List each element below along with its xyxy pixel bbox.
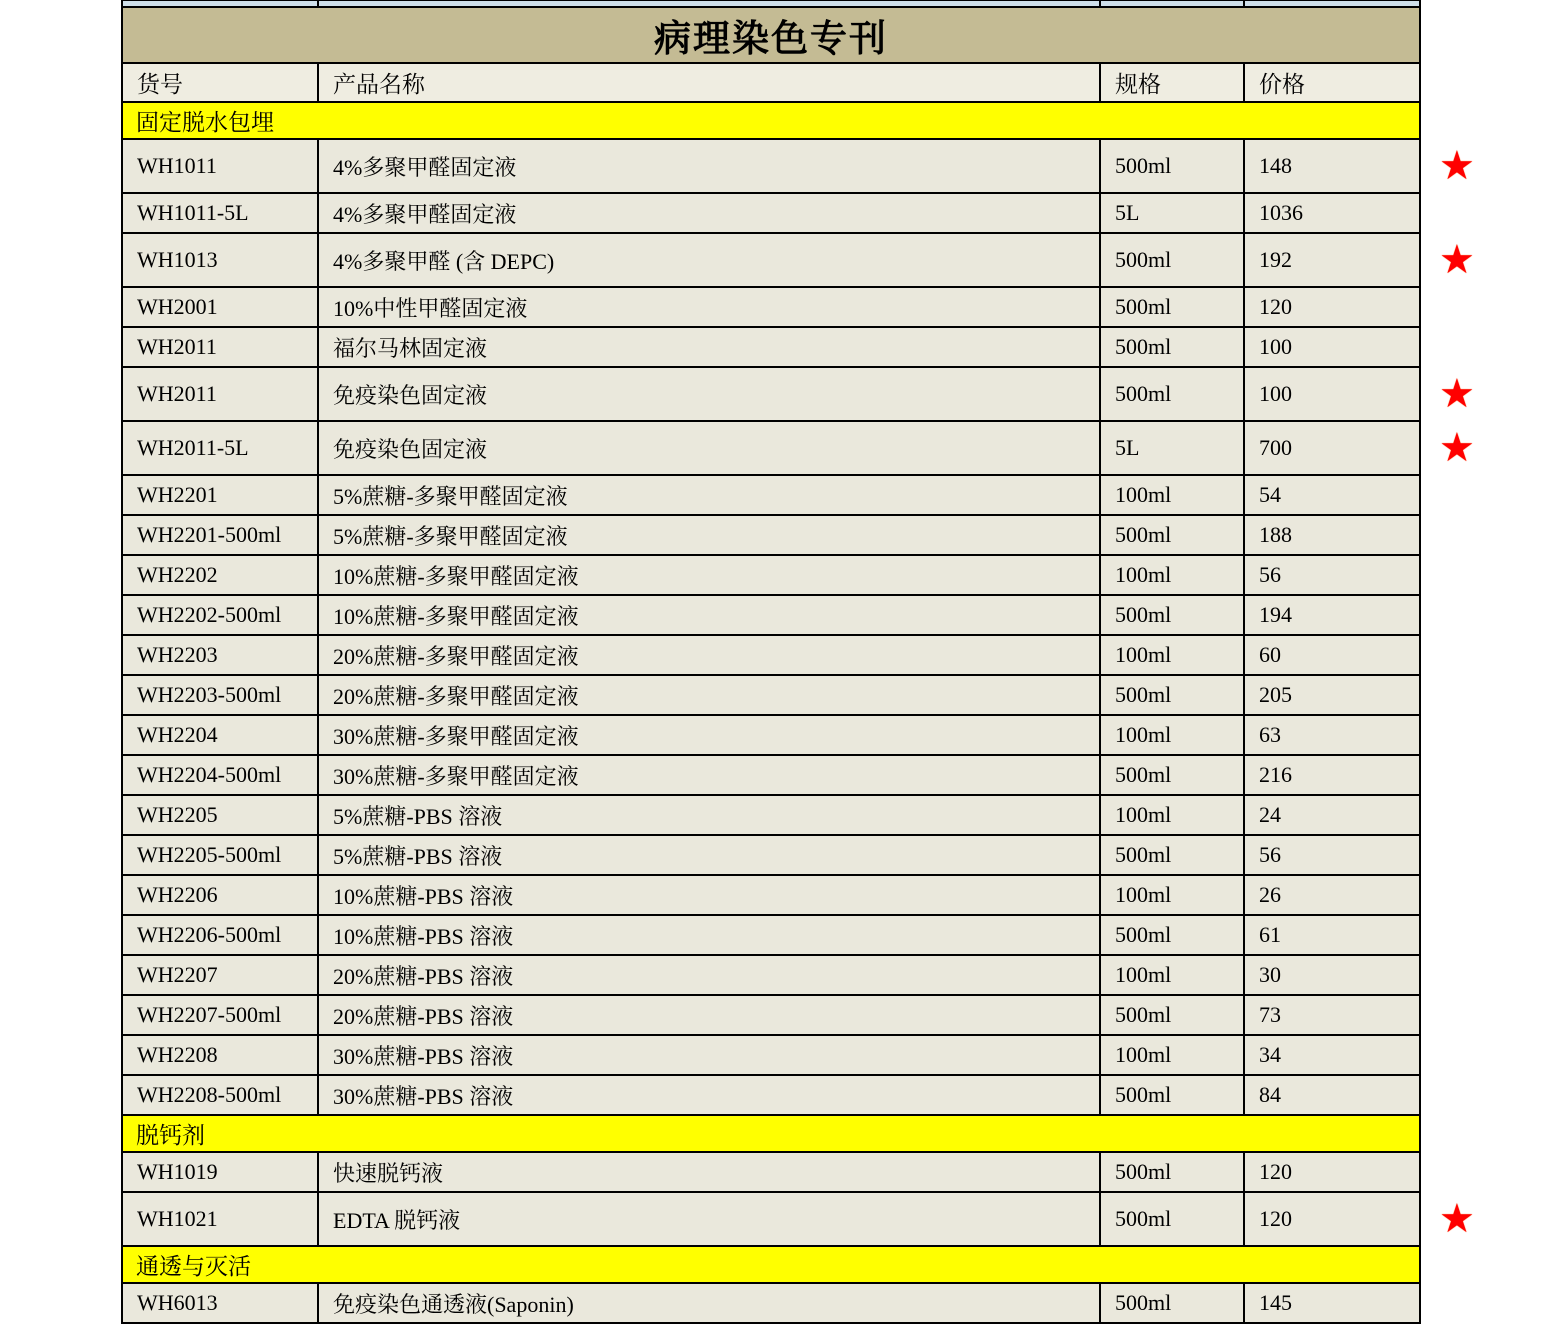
cell-price: 145 [1245,1284,1419,1322]
cell-price: 61 [1245,916,1419,954]
cell-name: 5%蔗糖-PBS 溶液 [319,796,1101,834]
star-icon: ★ [1439,374,1475,414]
cell-price: 100 [1245,368,1419,420]
price-table: 病理染色专刊 货号 产品名称 规格 价格 固定脱水包埋WH10114%多聚甲醛固… [121,0,1421,1324]
table-row: WH2011免疫染色固定液500ml100★ [123,368,1419,422]
table-row: WH2207-500ml20%蔗糖-PBS 溶液500ml73 [123,996,1419,1036]
cell-spec: 100ml [1101,796,1245,834]
cell-price: 1036 [1245,194,1419,232]
cell-price: 34 [1245,1036,1419,1074]
table-row: WH220720%蔗糖-PBS 溶液100ml30 [123,956,1419,996]
cell-name: EDTA 脱钙液 [319,1193,1101,1245]
cell-code: WH2201-500ml [123,516,319,554]
table-row: WH1021EDTA 脱钙液500ml120★ [123,1193,1419,1247]
cell-price: 24 [1245,796,1419,834]
cell-spec: 100ml [1101,556,1245,594]
cell-name: 免疫染色固定液 [319,422,1101,474]
cell-spec: 500ml [1101,996,1245,1034]
table-row: WH6013免疫染色通透液(Saponin)500ml145 [123,1284,1419,1324]
cell-price: 192 [1245,234,1419,286]
cell-code: WH1013 [123,234,319,286]
cell-code: WH2203 [123,636,319,674]
table-row: WH2203-500ml20%蔗糖-多聚甲醛固定液500ml205 [123,676,1419,716]
cell-name: 福尔马林固定液 [319,328,1101,366]
table-row: WH22015%蔗糖-多聚甲醛固定液100ml54 [123,476,1419,516]
table-row: WH220610%蔗糖-PBS 溶液100ml26 [123,876,1419,916]
cell-code: WH2201 [123,476,319,514]
section-header-label: 脱钙剂 [136,1117,205,1150]
cell-code: WH2205-500ml [123,836,319,874]
price-list-page: 病理染色专刊 货号 产品名称 规格 价格 固定脱水包埋WH10114%多聚甲醛固… [0,0,1562,1335]
cell-name: 4%多聚甲醛固定液 [319,140,1101,192]
top-strip-cell [1101,1,1245,6]
cell-code: WH2001 [123,288,319,326]
table-row: WH2204-500ml30%蔗糖-多聚甲醛固定液500ml216 [123,756,1419,796]
cell-code: WH6013 [123,1284,319,1322]
cell-price: 56 [1245,836,1419,874]
cell-price: 56 [1245,556,1419,594]
table-row: WH10134%多聚甲醛 (含 DEPC)500ml192★ [123,234,1419,288]
table-row: WH2201-500ml5%蔗糖-多聚甲醛固定液500ml188 [123,516,1419,556]
cell-spec: 100ml [1101,636,1245,674]
star-icon: ★ [1439,146,1475,186]
section-header-row: 脱钙剂 [123,1116,1419,1153]
top-strip-cell [319,1,1101,6]
cell-name: 快速脱钙液 [319,1153,1101,1191]
cell-price: 63 [1245,716,1419,754]
cell-code: WH1021 [123,1193,319,1245]
table-row: WH22055%蔗糖-PBS 溶液100ml24 [123,796,1419,836]
table-row: WH220830%蔗糖-PBS 溶液100ml34 [123,1036,1419,1076]
title-bar: 病理染色专刊 [123,8,1419,64]
cell-name: 10%蔗糖-PBS 溶液 [319,876,1101,914]
cell-code: WH2203-500ml [123,676,319,714]
cell-spec: 500ml [1101,1193,1245,1245]
cell-spec: 500ml [1101,836,1245,874]
cell-name: 30%蔗糖-多聚甲醛固定液 [319,756,1101,794]
cell-code: WH2202 [123,556,319,594]
star-icon: ★ [1439,240,1475,280]
cell-spec: 500ml [1101,596,1245,634]
cell-price: 205 [1245,676,1419,714]
cell-spec: 500ml [1101,916,1245,954]
table-row: WH200110%中性甲醛固定液500ml120 [123,288,1419,328]
cell-name: 10%中性甲醛固定液 [319,288,1101,326]
cell-name: 20%蔗糖-多聚甲醛固定液 [319,676,1101,714]
cell-name: 10%蔗糖-多聚甲醛固定液 [319,556,1101,594]
column-header-price: 价格 [1245,64,1419,101]
section-header-row: 固定脱水包埋 [123,103,1419,140]
column-header-spec: 规格 [1101,64,1245,101]
cell-code: WH2202-500ml [123,596,319,634]
cell-price: 54 [1245,476,1419,514]
cell-price: 100 [1245,328,1419,366]
star-icon: ★ [1439,1199,1475,1239]
column-header-code: 货号 [123,64,319,101]
cell-spec: 500ml [1101,756,1245,794]
table-row: WH220210%蔗糖-多聚甲醛固定液100ml56 [123,556,1419,596]
cell-code: WH2205 [123,796,319,834]
table-row: WH2205-500ml5%蔗糖-PBS 溶液500ml56 [123,836,1419,876]
table-row: WH1011-5L4%多聚甲醛固定液5L1036 [123,194,1419,234]
cell-price: 73 [1245,996,1419,1034]
cell-name: 20%蔗糖-多聚甲醛固定液 [319,636,1101,674]
cell-name: 20%蔗糖-PBS 溶液 [319,996,1101,1034]
cell-price: 30 [1245,956,1419,994]
cell-code: WH2011 [123,368,319,420]
cell-spec: 500ml [1101,1284,1245,1322]
cell-code: WH1011-5L [123,194,319,232]
page-title: 病理染色专刊 [654,8,888,62]
cell-code: WH2204-500ml [123,756,319,794]
cell-code: WH1011 [123,140,319,192]
table-row: WH220320%蔗糖-多聚甲醛固定液100ml60 [123,636,1419,676]
cell-spec: 5L [1101,194,1245,232]
cell-spec: 100ml [1101,956,1245,994]
cell-code: WH2208 [123,1036,319,1074]
cell-spec: 5L [1101,422,1245,474]
cell-price: 194 [1245,596,1419,634]
cell-spec: 500ml [1101,288,1245,326]
cell-code: WH2207-500ml [123,996,319,1034]
cell-spec: 100ml [1101,876,1245,914]
table-body: 固定脱水包埋WH10114%多聚甲醛固定液500ml148★WH1011-5L4… [123,103,1419,1324]
cell-spec: 500ml [1101,1076,1245,1114]
cell-code: WH2206 [123,876,319,914]
cell-price: 84 [1245,1076,1419,1114]
cell-spec: 100ml [1101,476,1245,514]
cell-price: 120 [1245,288,1419,326]
cell-spec: 500ml [1101,1153,1245,1191]
cell-price: 120 [1245,1153,1419,1191]
cell-spec: 100ml [1101,716,1245,754]
top-strip-cell [123,1,319,6]
cell-name: 4%多聚甲醛 (含 DEPC) [319,234,1101,286]
cell-spec: 100ml [1101,1036,1245,1074]
cell-price: 26 [1245,876,1419,914]
table-row: WH2208-500ml30%蔗糖-PBS 溶液500ml84 [123,1076,1419,1116]
cell-price: 700 [1245,422,1419,474]
cell-spec: 500ml [1101,516,1245,554]
table-row: WH1019快速脱钙液500ml120 [123,1153,1419,1193]
cell-price: 216 [1245,756,1419,794]
section-header-label: 固定脱水包埋 [136,104,274,137]
section-header-label: 通透与灭活 [136,1248,251,1281]
cell-spec: 500ml [1101,234,1245,286]
cell-spec: 500ml [1101,328,1245,366]
cell-code: WH2011 [123,328,319,366]
cell-code: WH2204 [123,716,319,754]
cell-price: 120 [1245,1193,1419,1245]
table-row: WH2202-500ml10%蔗糖-多聚甲醛固定液500ml194 [123,596,1419,636]
cell-name: 免疫染色通透液(Saponin) [319,1284,1101,1322]
table-row: WH220430%蔗糖-多聚甲醛固定液100ml63 [123,716,1419,756]
table-row: WH2206-500ml10%蔗糖-PBS 溶液500ml61 [123,916,1419,956]
table-row: WH2011福尔马林固定液500ml100 [123,328,1419,368]
table-top-strip [123,0,1419,8]
cell-code: WH1019 [123,1153,319,1191]
cell-price: 188 [1245,516,1419,554]
cell-name: 30%蔗糖-PBS 溶液 [319,1036,1101,1074]
cell-spec: 500ml [1101,676,1245,714]
cell-name: 5%蔗糖-多聚甲醛固定液 [319,476,1101,514]
top-strip-cell [1245,1,1419,6]
cell-code: WH2206-500ml [123,916,319,954]
table-row: WH10114%多聚甲醛固定液500ml148★ [123,140,1419,194]
section-header-row: 通透与灭活 [123,1247,1419,1284]
cell-spec: 500ml [1101,140,1245,192]
cell-name: 5%蔗糖-PBS 溶液 [319,836,1101,874]
cell-code: WH2207 [123,956,319,994]
cell-code: WH2011-5L [123,422,319,474]
cell-name: 10%蔗糖-多聚甲醛固定液 [319,596,1101,634]
cell-price: 60 [1245,636,1419,674]
cell-name: 免疫染色固定液 [319,368,1101,420]
column-header-name: 产品名称 [319,64,1101,101]
cell-code: WH2208-500ml [123,1076,319,1114]
cell-spec: 500ml [1101,368,1245,420]
cell-name: 10%蔗糖-PBS 溶液 [319,916,1101,954]
cell-name: 4%多聚甲醛固定液 [319,194,1101,232]
cell-name: 30%蔗糖-多聚甲醛固定液 [319,716,1101,754]
column-header-row: 货号 产品名称 规格 价格 [123,64,1419,103]
cell-name: 5%蔗糖-多聚甲醛固定液 [319,516,1101,554]
table-row: WH2011-5L免疫染色固定液5L700★ [123,422,1419,476]
star-icon: ★ [1439,428,1475,468]
cell-price: 148 [1245,140,1419,192]
cell-name: 20%蔗糖-PBS 溶液 [319,956,1101,994]
cell-name: 30%蔗糖-PBS 溶液 [319,1076,1101,1114]
